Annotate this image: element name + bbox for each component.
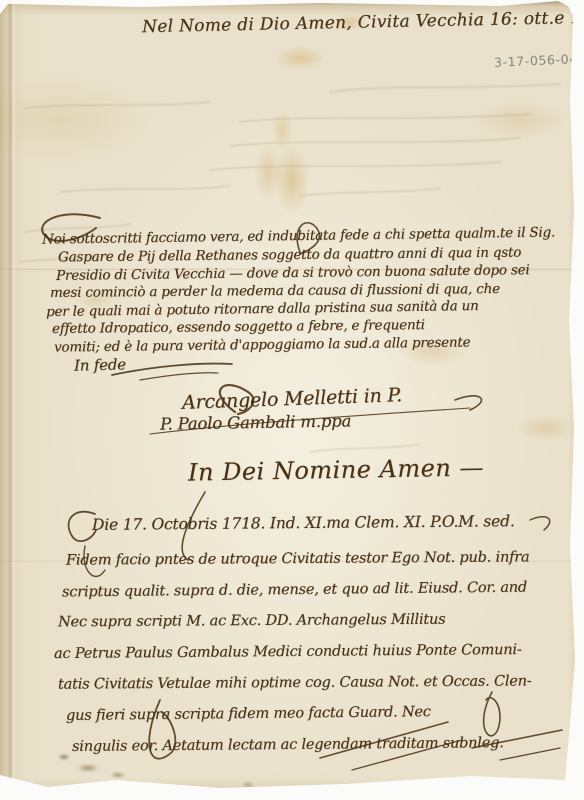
archive-number-pencil: 3-17-056-04 [494, 51, 578, 70]
header-invocation-line: Nel Nome di Dio Amen, Civita Vecchia 16:… [142, 7, 584, 37]
notarial-line: Die 17. Octobris 1718. Ind. XI.ma Clem. … [92, 512, 515, 534]
signature-line-2: P. Paolo Gambali m.ppa [160, 411, 351, 433]
notarial-line: Fidem facio pntes de utroque Civitatis t… [66, 549, 530, 568]
notarial-line: singulis eor. Aetatum lectam ac legendam… [72, 735, 504, 755]
attestation-closing: In fede [74, 355, 126, 374]
latin-invocation-heading: In Dei Nomine Amen — [188, 453, 484, 486]
left-fold-crease [7, 0, 16, 800]
manuscript-scan: Nel Nome di Dio Amen, Civita Vecchia 16:… [0, 0, 584, 800]
notarial-line: scriptus qualit. supra d. die, mense, et… [62, 580, 527, 601]
notarial-line: gus fieri supra scripta fidem meo facta … [66, 704, 431, 724]
attestation-line: effetto Idropatico, essendo soggetto a f… [52, 317, 425, 337]
notarial-line: ac Petrus Paulus Gambalus Medici conduct… [54, 642, 522, 662]
paper-sheet: Nel Nome di Dio Amen, Civita Vecchia 16:… [0, 0, 584, 800]
notarial-line: Nec supra scripti M. ac Exc. DD. Archang… [58, 612, 445, 631]
signature-line-1: Arcangelo Melletti in P. [182, 384, 403, 414]
attestation-line: vomiti; ed è la pura verità d'appoggiamo… [54, 334, 471, 355]
notarial-line: tatis Civitatis Vetulae mihi optime cog.… [58, 673, 532, 692]
